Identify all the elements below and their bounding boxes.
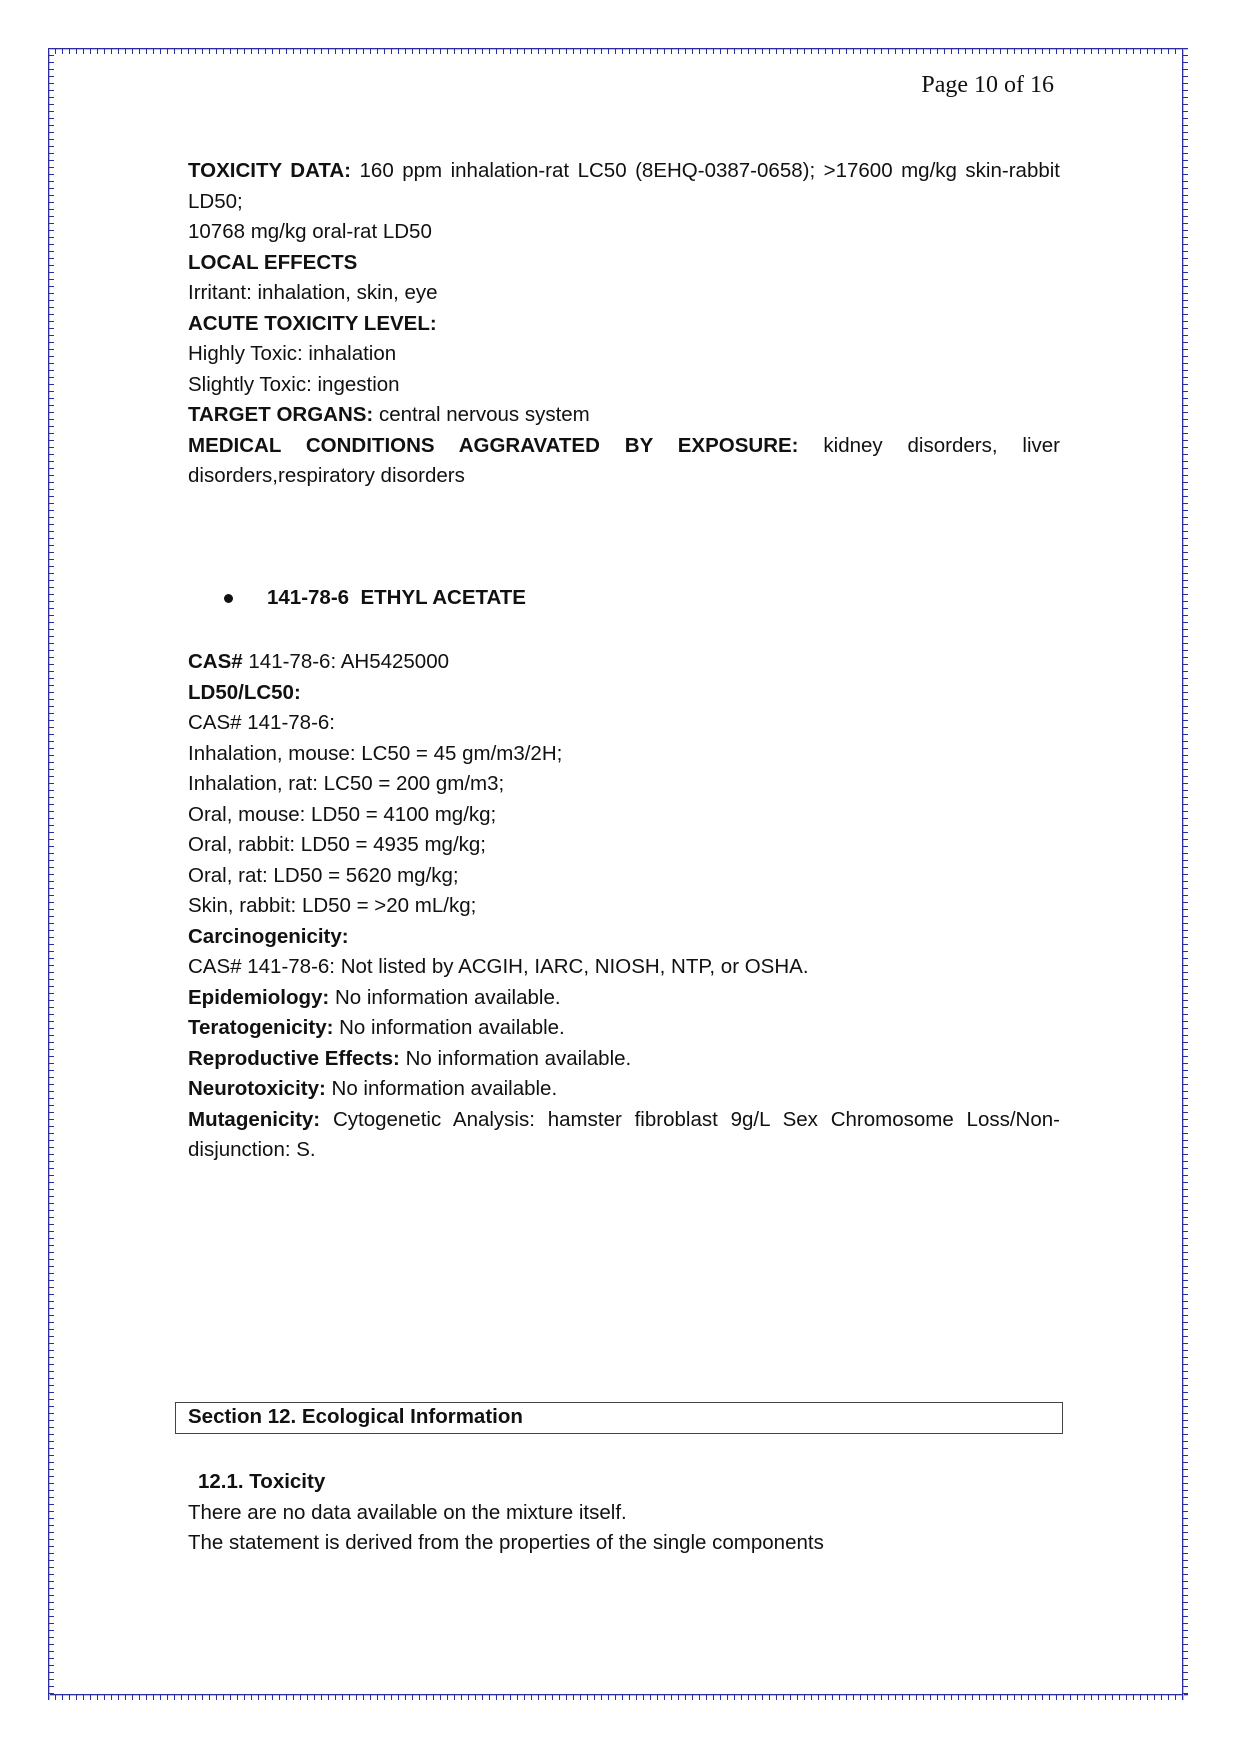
mutagenicity-label: Mutagenicity: — [188, 1108, 320, 1131]
component-heading: 141-78-6 ETHYL ACETATE — [224, 586, 526, 610]
cas-label: CAS# — [188, 650, 243, 673]
neurotoxicity-label: Neurotoxicity: — [188, 1077, 326, 1100]
epidemiology-text: No information available. — [335, 986, 561, 1009]
ld50-cas: CAS# 141-78-6: — [188, 708, 1060, 739]
epidemiology-label: Epidemiology: — [188, 986, 329, 1009]
acute-toxicity-line: Slightly Toxic: ingestion — [188, 370, 1060, 401]
toxicity-data-line2: 10768 mg/kg oral-rat LD50 — [188, 217, 1060, 248]
ld50-value: Oral, rabbit: LD50 = 4935 mg/kg; — [188, 830, 1060, 861]
ld50-value: Skin, rabbit: LD50 = >20 mL/kg; — [188, 891, 1060, 922]
toxicity-data: TOXICITY DATA: 160 ppm inhalation-rat LC… — [188, 156, 1060, 217]
teratogenicity: Teratogenicity: No information available… — [188, 1013, 1060, 1044]
target-organs-text: central nervous system — [379, 403, 590, 426]
local-effects-label: LOCAL EFFECTS — [188, 251, 357, 274]
mutagenicity: Mutagenicity: Cytogenetic Analysis: hams… — [188, 1105, 1060, 1166]
page-border-top — [48, 48, 1188, 54]
component-heading-text: 141-78-6 ETHYL ACETATE — [267, 586, 526, 610]
ethyl-acetate-block: CAS# 141-78-6: AH5425000 LD50/LC50: CAS#… — [188, 647, 1060, 1166]
teratogenicity-label: Teratogenicity: — [188, 1016, 333, 1039]
teratogenicity-text: No information available. — [339, 1016, 565, 1039]
page-number: Page 10 of 16 — [921, 72, 1054, 99]
section-12-body: 12.1. Toxicity There are no data availab… — [188, 1467, 1060, 1559]
ld50-value: Oral, rat: LD50 = 5620 mg/kg; — [188, 861, 1060, 892]
neurotoxicity-text: No information available. — [332, 1077, 558, 1100]
reproductive-effects: Reproductive Effects: No information ava… — [188, 1044, 1060, 1075]
page-border-left — [48, 48, 54, 1700]
epidemiology: Epidemiology: No information available. — [188, 983, 1060, 1014]
carcinogenicity-label: Carcinogenicity: — [188, 925, 349, 948]
ld50-value: Oral, mouse: LD50 = 4100 mg/kg; — [188, 800, 1060, 831]
cas-line: CAS# 141-78-6: AH5425000 — [188, 647, 1060, 678]
toxicity-block: TOXICITY DATA: 160 ppm inhalation-rat LC… — [188, 156, 1060, 492]
section-12-line: There are no data available on the mixtu… — [188, 1498, 1060, 1529]
subsection-heading: 12.1. Toxicity — [188, 1467, 1060, 1498]
section-12-header: Section 12. Ecological Information — [175, 1402, 1063, 1434]
ld50-value: Inhalation, mouse: LC50 = 45 gm/m3/2H; — [188, 739, 1060, 770]
toxicity-data-label: TOXICITY DATA: — [188, 159, 351, 182]
neurotoxicity: Neurotoxicity: No information available. — [188, 1074, 1060, 1105]
acute-toxicity-line: Highly Toxic: inhalation — [188, 339, 1060, 370]
cas-text: 141-78-6: AH5425000 — [248, 650, 449, 673]
medical-conditions-label: MEDICAL CONDITIONS AGGRAVATED BY EXPOSUR… — [188, 434, 799, 457]
target-organs-label: TARGET ORGANS: — [188, 403, 373, 426]
bullet-icon — [224, 594, 233, 603]
ld50-label: LD50/LC50: — [188, 681, 301, 704]
carcinogenicity-text: CAS# 141-78-6: Not listed by ACGIH, IARC… — [188, 952, 1060, 983]
reproductive-effects-text: No information available. — [406, 1047, 632, 1070]
section-12-line: The statement is derived from the proper… — [188, 1528, 1060, 1559]
target-organs: TARGET ORGANS: central nervous system — [188, 400, 1060, 431]
medical-conditions: MEDICAL CONDITIONS AGGRAVATED BY EXPOSUR… — [188, 431, 1060, 492]
acute-toxicity-label: ACUTE TOXICITY LEVEL: — [188, 312, 437, 335]
ld50-value: Inhalation, rat: LC50 = 200 gm/m3; — [188, 769, 1060, 800]
page-border-bottom — [48, 1694, 1188, 1700]
page-border-right — [1182, 48, 1188, 1700]
reproductive-effects-label: Reproductive Effects: — [188, 1047, 400, 1070]
local-effects-text: Irritant: inhalation, skin, eye — [188, 278, 1060, 309]
